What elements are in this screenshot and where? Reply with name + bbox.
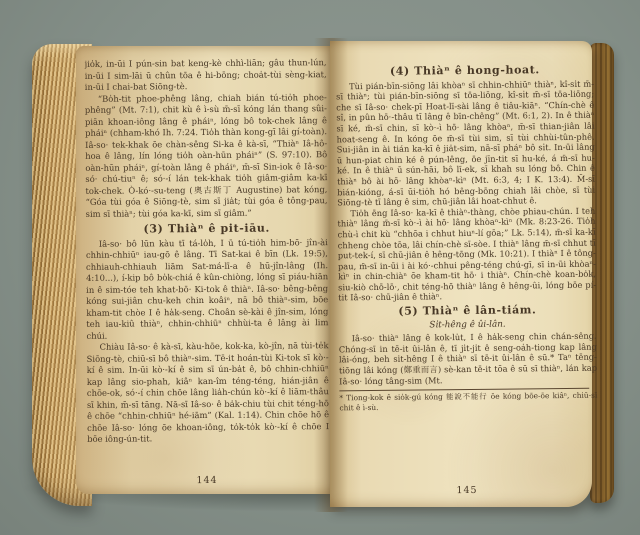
section-heading-4: (4) Thiàⁿ ê hong-hoat.	[336, 65, 594, 78]
paragraph: “Bo̍h-tit phoe-phêng lâng, chiah bián tú…	[85, 92, 328, 220]
section-heading-3: (3) Thiàⁿ ê pit-iāu.	[86, 222, 328, 235]
photo-background: jio̍k, in-ūi I pún-sin bat keng-kè chhì-…	[0, 0, 640, 535]
paragraph: Tùi pián-bīn-siōng lâi khòaⁿ sī chhin-ch…	[336, 78, 595, 208]
paragraph: Iâ-so· bô lūn kàu tī tá-lo̍h, I ū tú-tio…	[86, 237, 329, 342]
paragraph: Tio̍h ēng Iâ-so· ka-kī ê thiàⁿ-thàng, ch…	[337, 205, 596, 303]
page-number-left: 144	[86, 474, 328, 487]
section-subtitle: Si̍t-hêng ê ûi-lân.	[339, 318, 597, 331]
paragraph-continuation: jio̍k, in-ūi I pún-sin bat keng-kè chhì-…	[85, 57, 327, 93]
paragraph: Chiàu Iâ-so· ê kà-sī, kàu-hōe, kok-ka, k…	[87, 340, 330, 445]
open-book: jio̍k, in-ūi I pún-sin bat keng-kè chhì-…	[32, 38, 612, 512]
left-page-text-column: jio̍k, in-ūi I pún-sin bat keng-kè chhì-…	[85, 57, 330, 475]
paragraph: Iâ-so· thiàⁿ lâng ê kok-lu̍t, I ê ha̍k-s…	[339, 331, 598, 387]
footnote: * Tiong-kok ê sio̍k-gú kóng 能說不能行 ōe kón…	[339, 391, 597, 413]
right-page-text-column: (4) Thiàⁿ ê hong-hoat. Tùi pián-bīn-siōn…	[336, 61, 598, 484]
section-heading-5: (5) Thiàⁿ ê lân-tiám.	[338, 305, 596, 318]
